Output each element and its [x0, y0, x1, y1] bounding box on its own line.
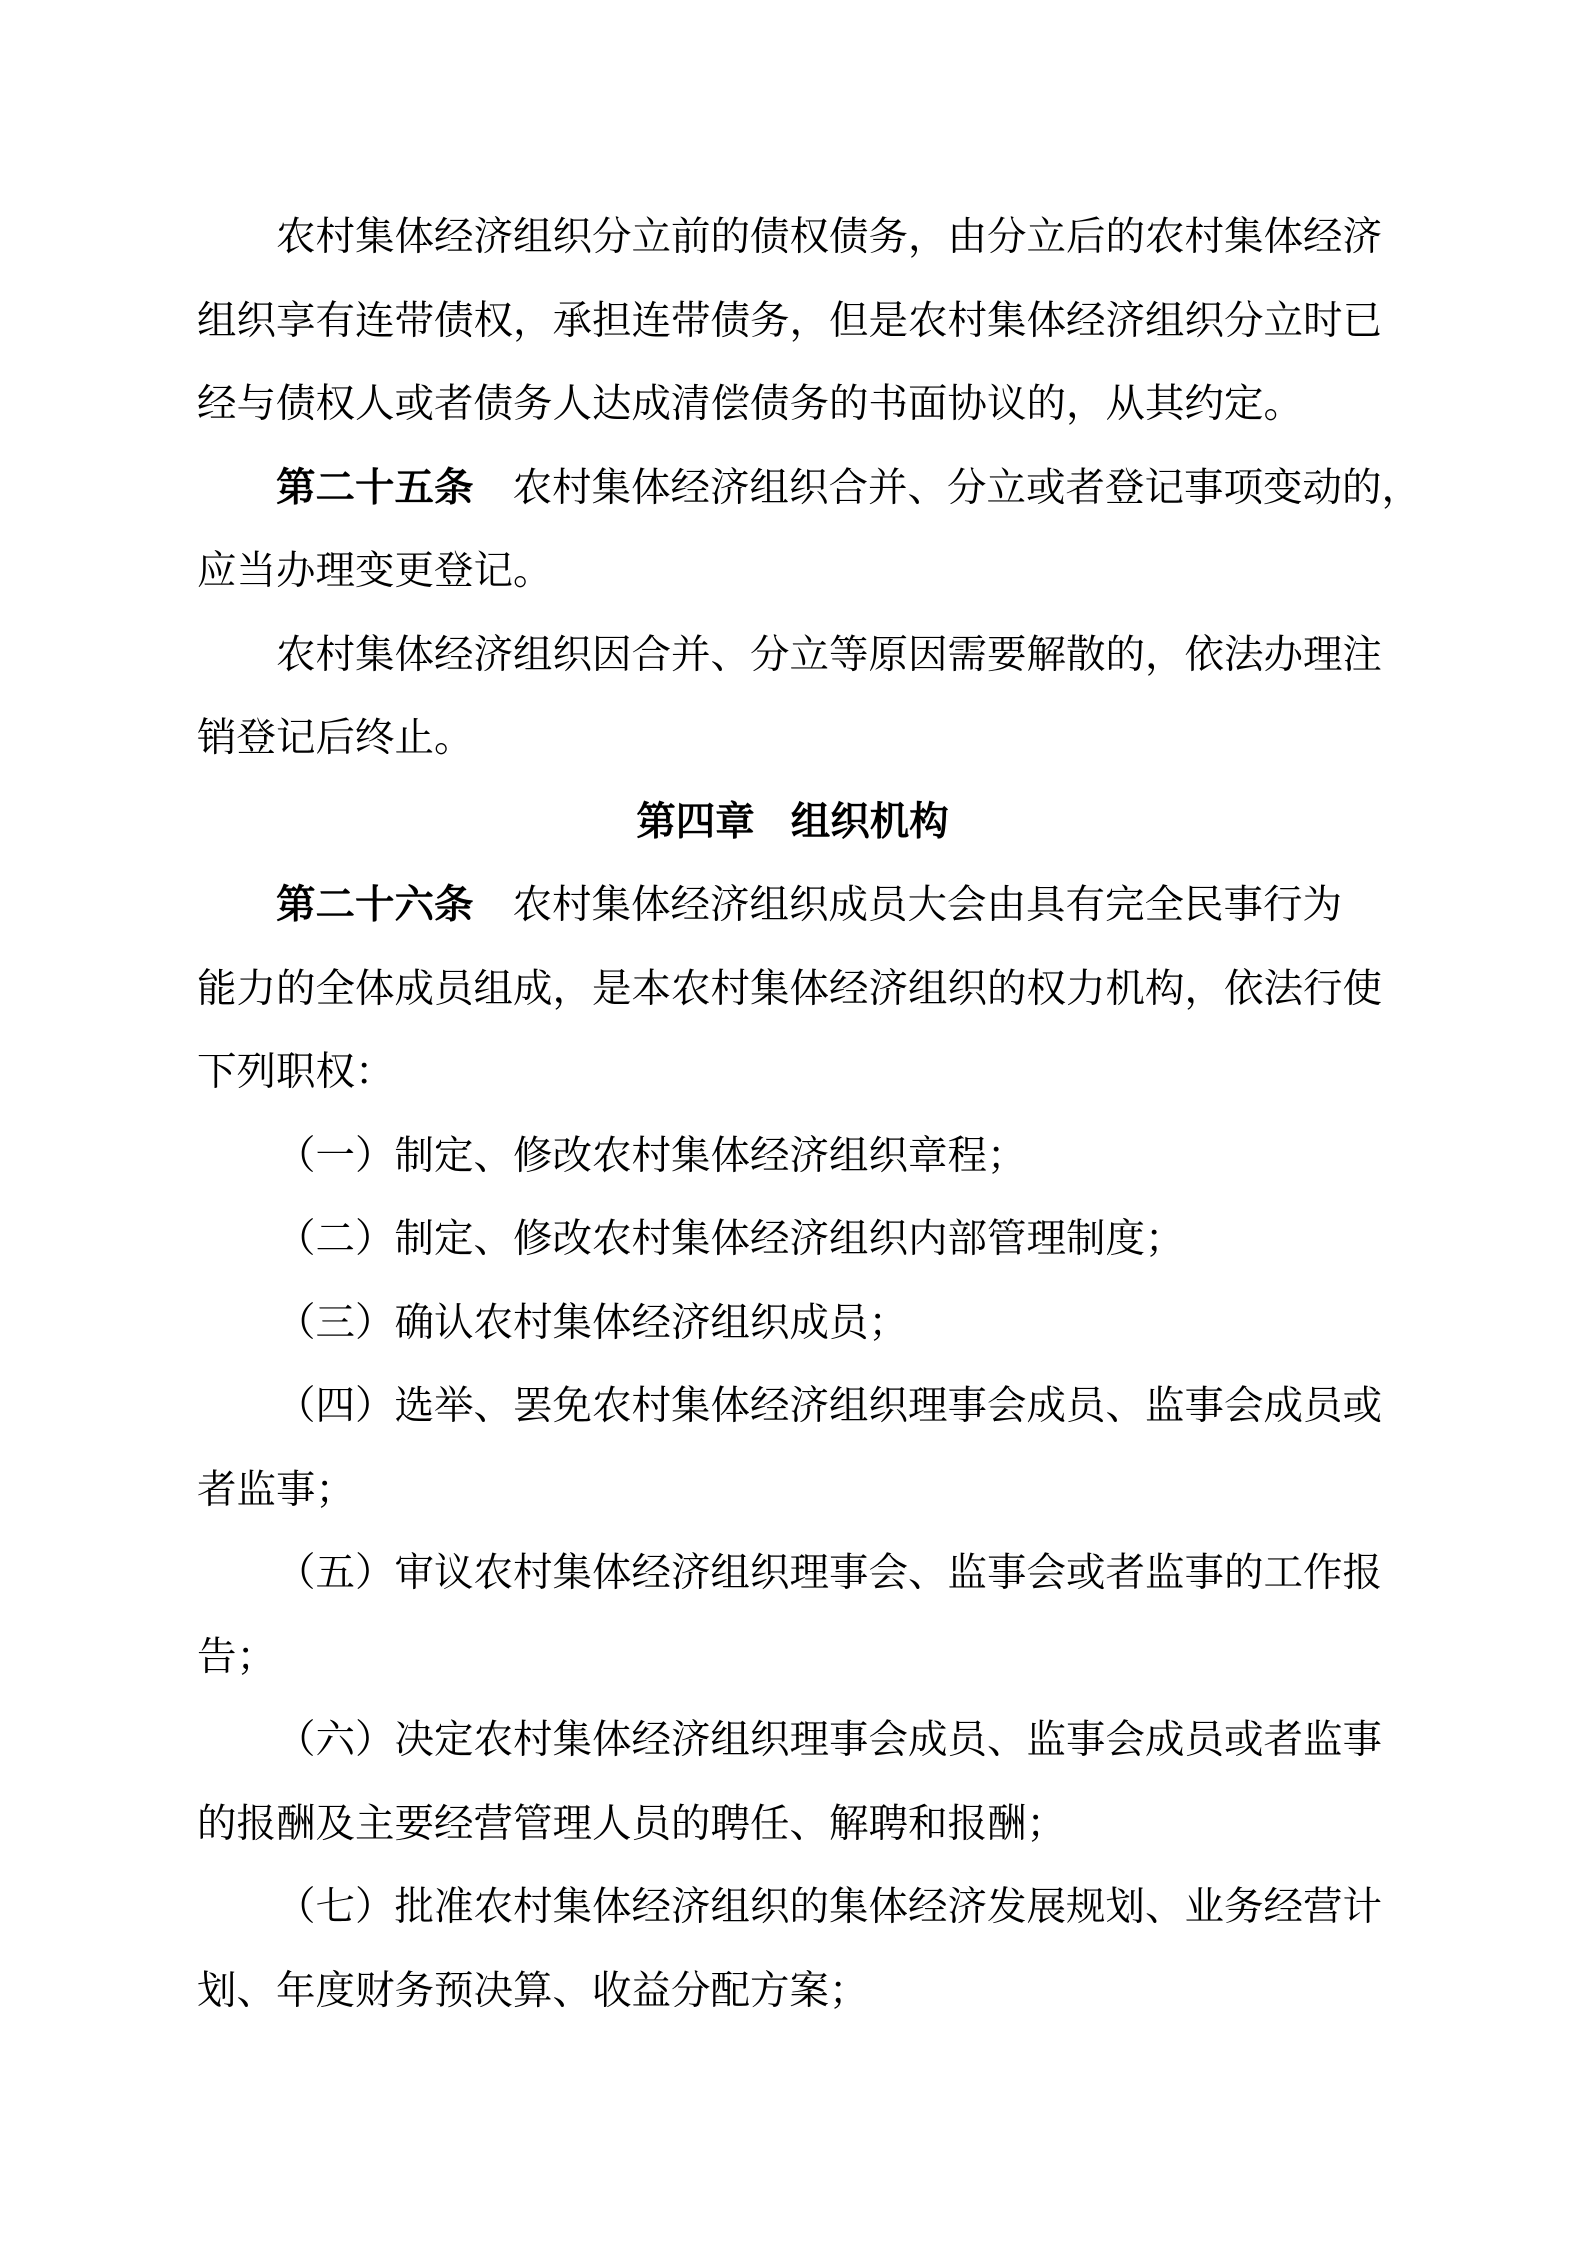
paragraph-line: 经与债权人或者债务人达成清偿债务的书面协议的，从其约定。 [197, 374, 1397, 458]
article-label: 第二十五条 [276, 465, 474, 511]
chapter-heading: 第四章组织机构 [197, 792, 1388, 876]
list-item-4: （四）选举、罢免农村集体经济组织理事会成员、监事会成员或 [197, 1376, 1397, 1460]
list-item-3: （三）确认农村集体经济组织成员； [197, 1293, 1397, 1377]
paragraph-line: 能力的全体成员组成，是本农村集体经济组织的权力机构，依法行使 [197, 959, 1397, 1043]
paragraph-line: 农村集体经济组织因合并、分立等原因需要解散的，依法办理注 [197, 625, 1397, 709]
article-text: 农村集体经济组织合并、分立或者登记事项变动的， [513, 465, 1422, 511]
list-item-5-continuation: 告； [197, 1627, 1397, 1711]
list-item-6: （六）决定农村集体经济组织理事会成员、监事会成员或者监事 [197, 1710, 1397, 1794]
paragraph-line: 农村集体经济组织分立前的债权债务，由分立后的农村集体经济 [197, 207, 1397, 291]
article-26-first-line: 第二十六条农村集体经济组织成员大会由具有完全民事行为 [197, 875, 1397, 959]
paragraph-line: 组织享有连带债权，承担连带债务，但是农村集体经济组织分立时已 [197, 291, 1397, 375]
chapter-title: 组织机构 [791, 799, 949, 845]
article-25-first-line: 第二十五条农村集体经济组织合并、分立或者登记事项变动的， [197, 458, 1397, 542]
document-page: 农村集体经济组织分立前的债权债务，由分立后的农村集体经济 组织享有连带债权，承担… [197, 207, 1397, 2044]
paragraph-line: 销登记后终止。 [197, 708, 1397, 792]
article-label: 第二十六条 [276, 882, 474, 928]
list-item-6-continuation: 的报酬及主要经营管理人员的聘任、解聘和报酬； [197, 1794, 1397, 1878]
list-item-7: （七）批准农村集体经济组织的集体经济发展规划、业务经营计 [197, 1877, 1397, 1961]
list-item-1: （一）制定、修改农村集体经济组织章程； [197, 1126, 1397, 1210]
list-item-5: （五）审议农村集体经济组织理事会、监事会或者监事的工作报 [197, 1543, 1397, 1627]
chapter-number: 第四章 [636, 799, 755, 845]
paragraph-line: 下列职权： [197, 1042, 1397, 1126]
paragraph-line: 应当办理变更登记。 [197, 541, 1397, 625]
list-item-2: （二）制定、修改农村集体经济组织内部管理制度； [197, 1209, 1397, 1293]
article-text: 农村集体经济组织成员大会由具有完全民事行为 [513, 882, 1343, 928]
list-item-4-continuation: 者监事； [197, 1460, 1397, 1544]
list-item-7-continuation: 划、年度财务预决算、收益分配方案； [197, 1961, 1397, 2045]
